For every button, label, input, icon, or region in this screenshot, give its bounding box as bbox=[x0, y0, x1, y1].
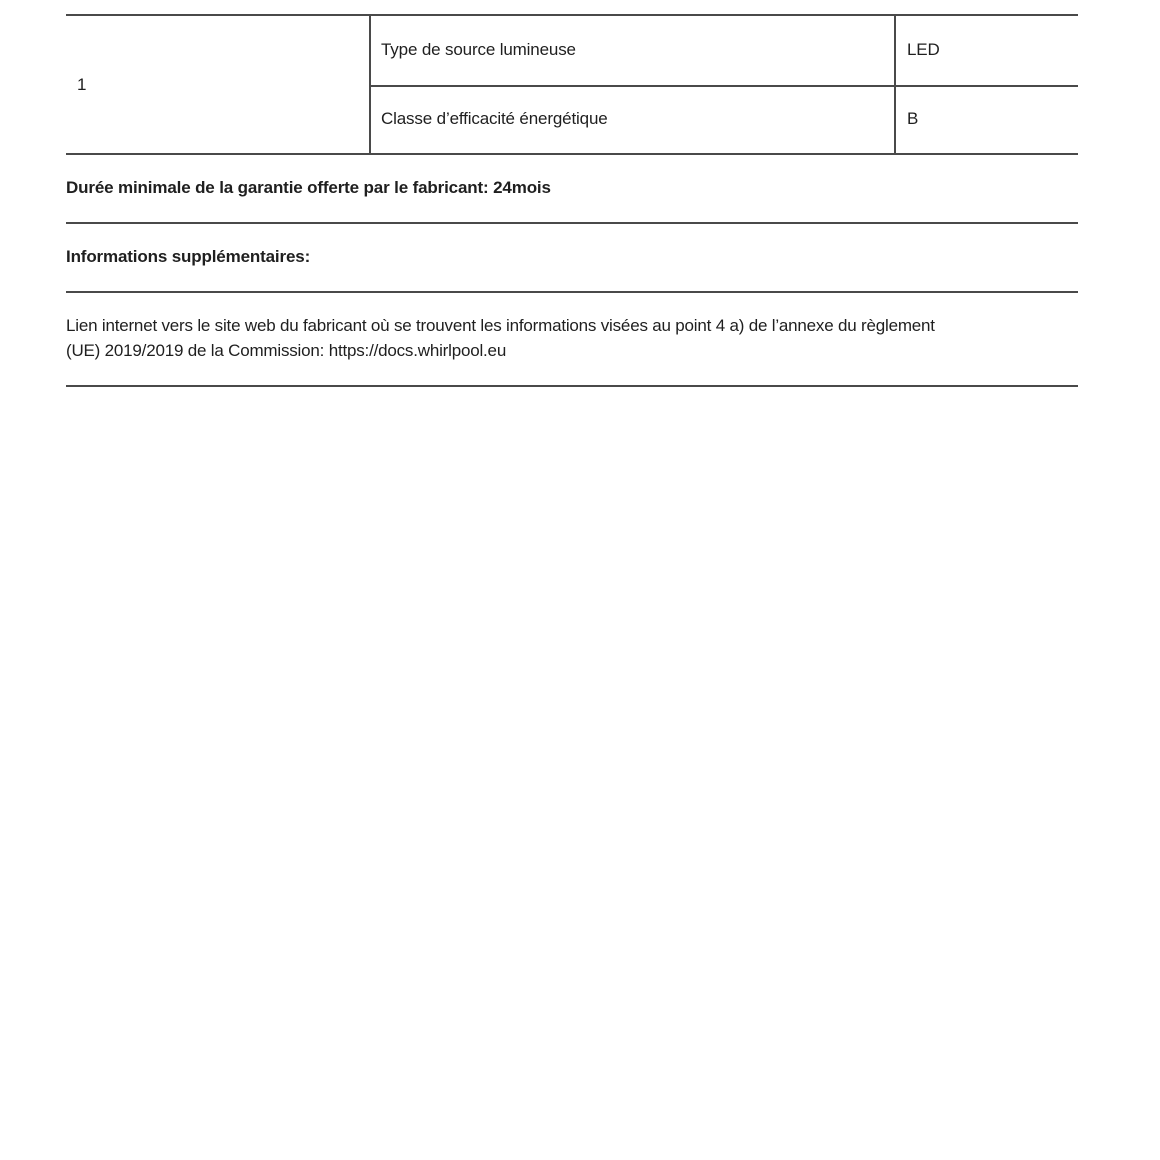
link-info-line-1: Lien internet vers le site web du fabric… bbox=[66, 313, 1076, 338]
table-bottom-border bbox=[66, 153, 1078, 155]
link-info-paragraph: Lien internet vers le site web du fabric… bbox=[66, 313, 1076, 363]
divider bbox=[66, 385, 1078, 387]
divider bbox=[66, 291, 1078, 293]
additional-info-heading: Informations supplémentaires: bbox=[66, 246, 310, 268]
link-info-line-2: (UE) 2019/2019 de la Commission: https:/… bbox=[66, 338, 1076, 363]
table-row-divider bbox=[369, 85, 1078, 87]
warranty-text: Durée minimale de la garantie offerte pa… bbox=[66, 177, 551, 199]
table-cell-label: Type de source lumineuse bbox=[381, 39, 576, 61]
divider bbox=[66, 222, 1078, 224]
table-cell-value: B bbox=[907, 108, 918, 130]
table-cell-value: LED bbox=[907, 39, 940, 61]
table-top-border bbox=[66, 14, 1078, 16]
table-cell-label: Classe d’efficacité énergétique bbox=[381, 108, 608, 130]
table-row-index: 1 bbox=[77, 74, 86, 96]
